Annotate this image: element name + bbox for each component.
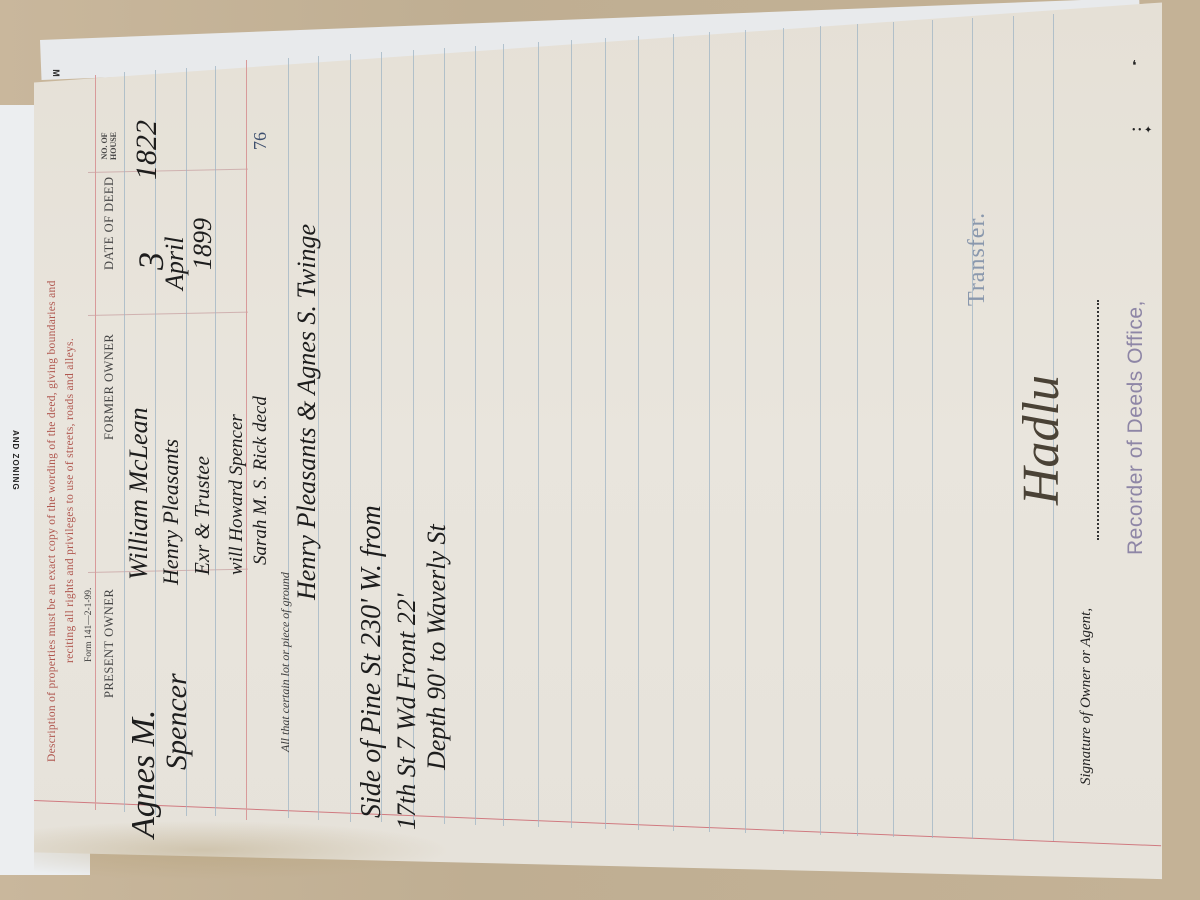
ruled-line <box>709 32 710 832</box>
ruled-line <box>475 46 476 825</box>
house-label: HOUSE <box>109 132 118 160</box>
former-owner-line-1: William McLean <box>124 407 154 580</box>
column-header-former-owner: FORMER OWNER <box>102 334 117 440</box>
present-owner-line-2: Spencer <box>160 673 194 770</box>
ruled-line <box>215 66 216 816</box>
transfer-stamp: Transfer. <box>964 212 991 306</box>
ruled-line <box>503 44 504 826</box>
instructions-line-2: reciting all rights and privileges to us… <box>64 338 76 663</box>
signature-label: Signature of Owner or Agent, <box>1078 608 1095 785</box>
former-owner-line-4: will Howard Spencer <box>226 414 248 575</box>
ruled-line <box>972 18 973 839</box>
present-owner-line-1: Agnes M. <box>125 710 163 838</box>
ruled-line <box>538 42 539 827</box>
no-of-label: NO. OF <box>100 132 109 160</box>
underlying-sheet-label: AND ZONING <box>11 430 20 491</box>
deed-form-sheet <box>34 0 1162 888</box>
description-line-2: Side of Pine St 230' W. from <box>356 505 388 818</box>
ruled-line <box>605 38 606 829</box>
column-header-present-owner: PRESENT OWNER <box>102 589 117 698</box>
description-line-3: 17th St 7 Wd Front 22' <box>392 594 422 830</box>
ruled-line <box>820 26 821 835</box>
date-of-deed-month: April <box>160 237 190 290</box>
left-red-rule <box>95 75 96 810</box>
ruled-line <box>638 36 639 830</box>
underlying-sheet-letter: M <box>51 69 61 77</box>
ink-speck: ❛ <box>1132 58 1137 75</box>
recorder-office-stamp: Recorder of Deeds Office, <box>1124 300 1148 555</box>
description-line-1: Henry Pleasants & Agnes S. Twinge <box>292 224 322 600</box>
stamped-number: 76 <box>250 132 271 150</box>
instructions-line-1: Description of properties must be an exa… <box>46 280 58 762</box>
ruled-line <box>673 34 674 831</box>
ruled-line <box>893 22 894 837</box>
ruled-line <box>745 30 746 833</box>
former-owner-line-3: Exr & Trustee <box>190 456 215 575</box>
lot-caption: All that certain lot or piece of ground <box>278 572 293 752</box>
signature-line <box>1097 300 1099 540</box>
description-line-4: Depth 90' to Waverly St <box>422 524 452 770</box>
column-header-date-of-deed: DATE OF DEED <box>102 177 117 271</box>
ruled-line <box>857 24 858 836</box>
ruled-line <box>783 28 784 834</box>
column-header-no-of-house: NO. OF HOUSE <box>100 132 118 160</box>
ink-speck: • • ✦ <box>1132 125 1152 136</box>
ruled-line <box>932 20 933 838</box>
water-stain <box>34 820 454 880</box>
former-owner-line-2: Henry Pleasants <box>158 439 184 585</box>
former-owner-line-5: Sarah M. S. Rick decd <box>250 396 272 565</box>
signature: Hadlu <box>1012 375 1071 505</box>
ruled-line <box>571 40 572 828</box>
ruled-line <box>155 70 156 815</box>
date-of-deed-year: 1899 <box>188 218 218 270</box>
house-number: 1822 <box>130 120 164 180</box>
ruled-line <box>350 54 351 822</box>
form-number: Form 141—2-1-99. <box>84 588 94 662</box>
